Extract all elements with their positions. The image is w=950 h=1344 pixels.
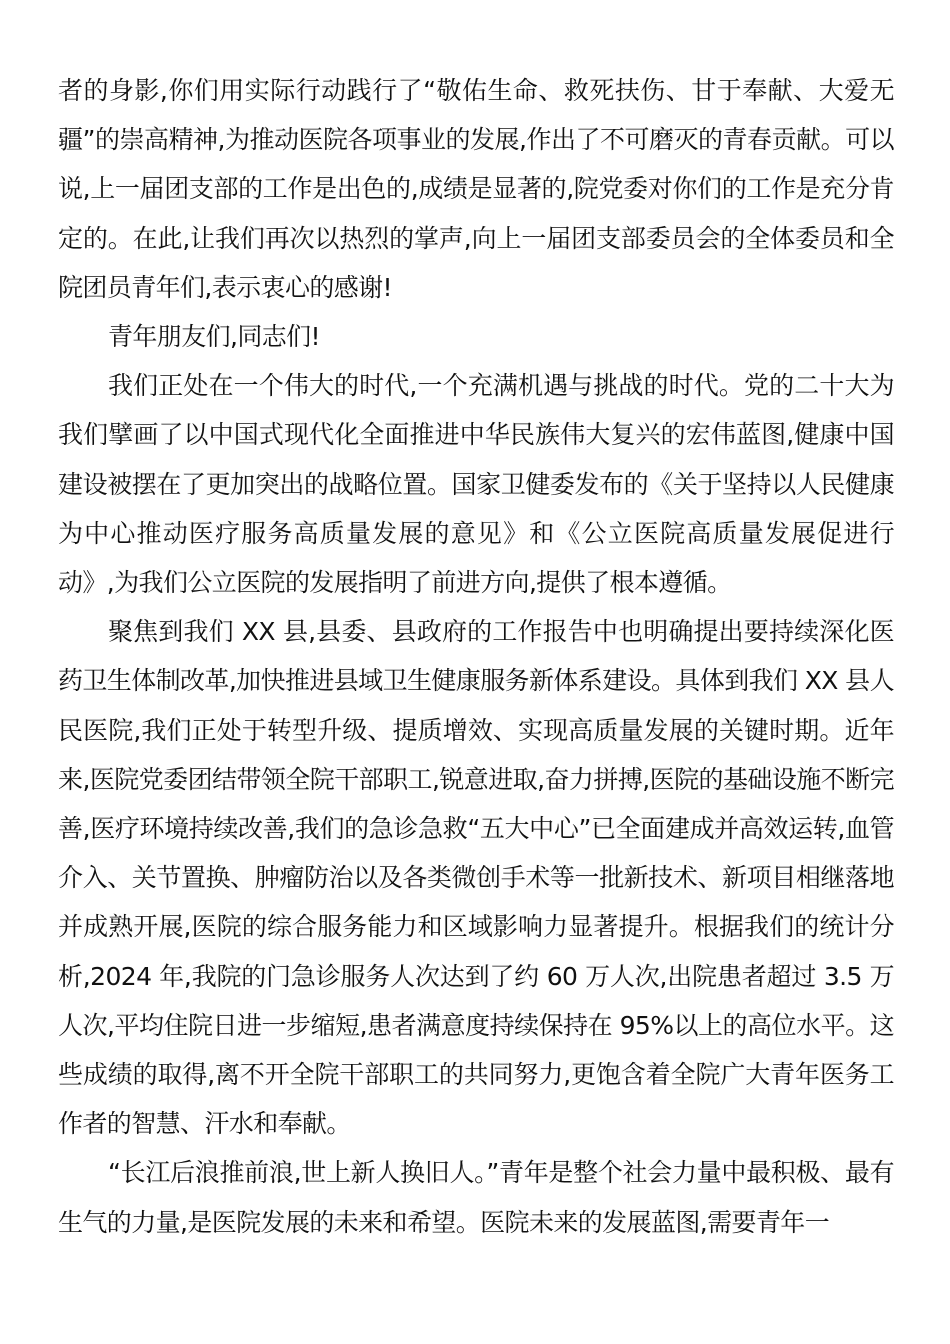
document-page: 者的身影,你们用实际行动践行了“敬佑生命、救死扶伤、甘于奉献、大爱无疆”的崇高精… — [58, 66, 894, 1247]
paragraph-hospital-achievements: 聚焦到我们 XX 县,县委、县政府的工作报告中也明确提出要持续深化医药卫生体制改… — [58, 607, 894, 1148]
paragraph-youth: “长江后浪推前浪,世上新人换旧人。”青年是整个社会力量中最积极、最有生气的力量,… — [58, 1148, 894, 1246]
paragraph-gratitude: 者的身影,你们用实际行动践行了“敬佑生命、救死扶伤、甘于奉献、大爱无疆”的崇高精… — [58, 66, 894, 312]
paragraph-era: 我们正处在一个伟大的时代,一个充满机遇与挑战的时代。党的二十大为我们擘画了以中国… — [58, 361, 894, 607]
paragraph-salutation: 青年朋友们,同志们! — [58, 312, 894, 361]
